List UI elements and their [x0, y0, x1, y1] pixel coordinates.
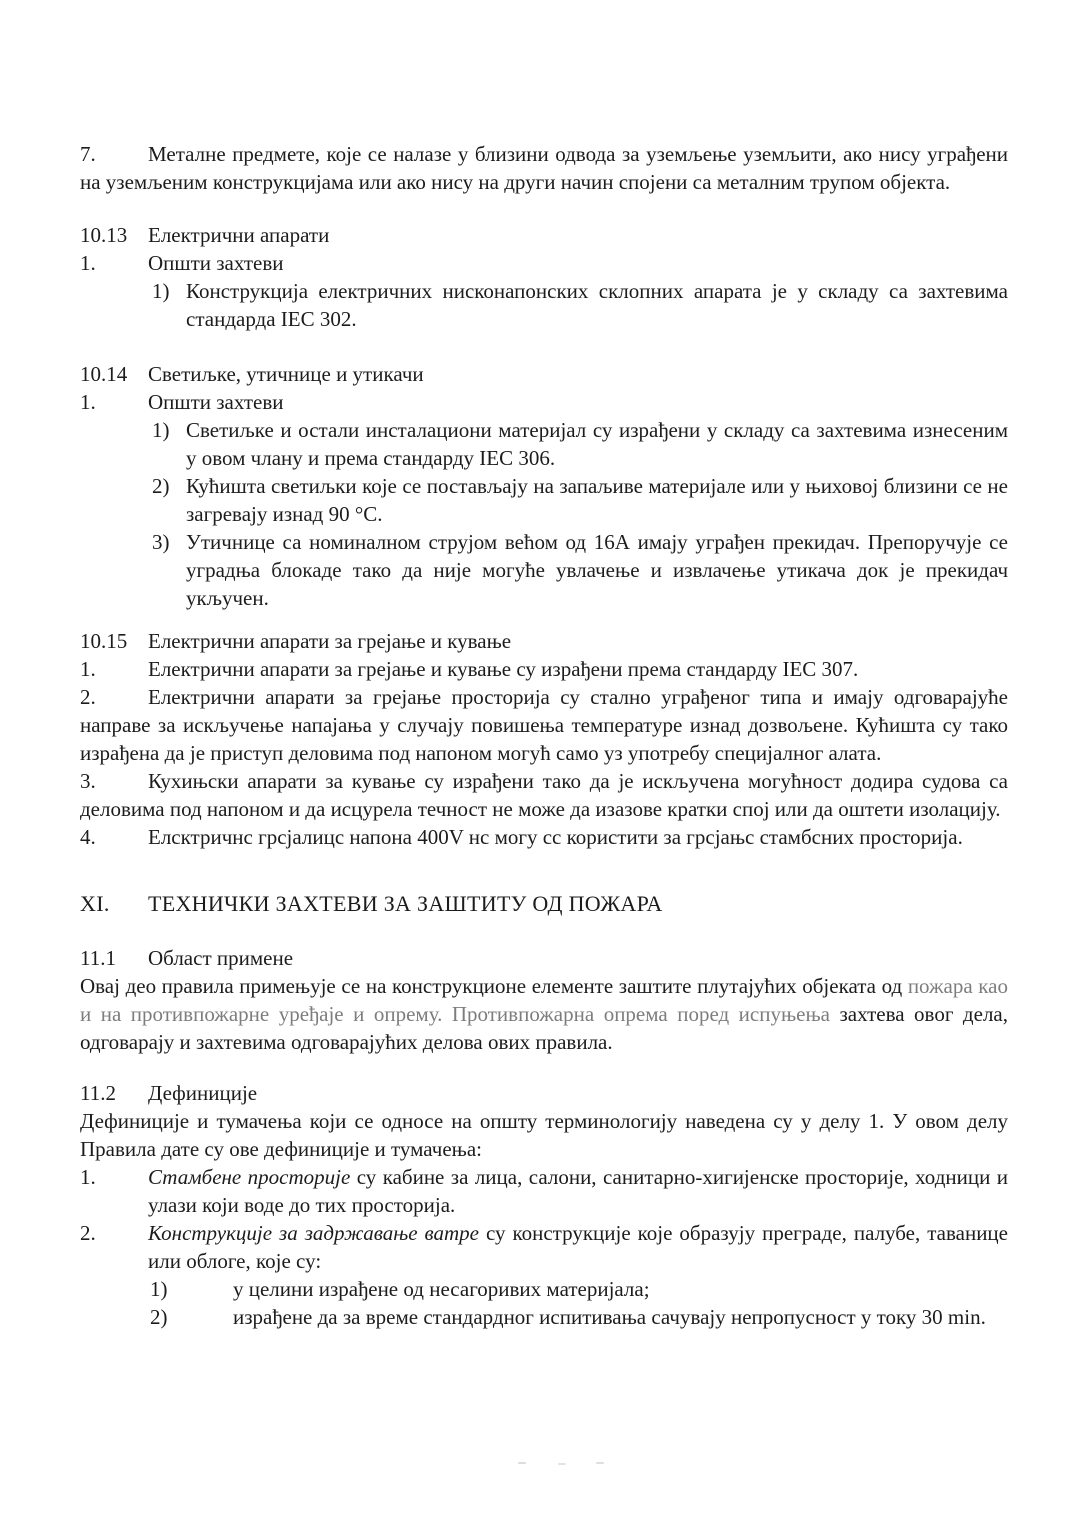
section-11-1-number: 11.1 [80, 944, 148, 972]
definition-term: Конструкције за задржавање ватре [148, 1221, 479, 1245]
section-11-2-title: Дефиниције [148, 1081, 257, 1105]
definition-number: 2. [80, 1219, 148, 1247]
list-item-text: Кућишта светиљки које се постављају на з… [186, 474, 1008, 526]
section-11-1-title: Област примене [148, 946, 293, 970]
section-10-15-heading: 10.15Електрични апарати за грејање и кув… [80, 627, 1008, 655]
sub-list-marker: 2) [150, 1303, 233, 1331]
section-10-15: 10.15Електрични апарати за грејање и кув… [80, 627, 1008, 851]
paragraph-text: Електрични апарати за грејање и кување с… [148, 657, 858, 681]
general-requirements-title: Општи захтеви [148, 390, 284, 414]
numbered-paragraph: 3.Кухињски апарати за кување су израђени… [80, 767, 1008, 823]
chapter-11-title: ТЕХНИЧКИ ЗАХТЕВИ ЗА ЗАШТИТУ ОД ПОЖАРА [148, 891, 663, 916]
general-requirements-title: Општи захтеви [148, 251, 284, 275]
sub-list-item: 2)израђене да за време стандардног испит… [80, 1303, 1008, 1331]
definition-item: 1.Стамбене просторије су кабине за лица,… [80, 1163, 1008, 1219]
general-requirements-number: 1. [80, 249, 148, 277]
list-item: 3)Утичнице са номиналном струјом већом о… [80, 528, 1008, 612]
general-requirements-number: 1. [80, 388, 148, 416]
paragraph-number: 2. [80, 683, 148, 711]
section-10-13-heading: 10.13Електрични апарати [80, 221, 1008, 249]
section-10-13-number: 10.13 [80, 221, 148, 249]
paragraph-number: 4. [80, 823, 148, 851]
paragraph-text: Електрични апарати за грејање просторија… [80, 685, 1008, 765]
section-10-15-title: Електрични апарати за грејање и кување [148, 629, 511, 653]
section-11-1: 11.1Област примене Овај део правила прим… [80, 944, 1008, 1056]
section-10-13-title: Електрични апарати [148, 223, 329, 247]
section-11-2-intro: Дефиниције и тумачења који се односе на … [80, 1107, 1008, 1163]
paragraph-7-text: Металне предмете, које се налазе у близи… [80, 142, 1008, 194]
paragraph-text: Елсктричнс грсјалицс напона 400V нс могу… [148, 825, 963, 849]
paragraph-number: 1. [80, 655, 148, 683]
numbered-paragraph: 1.Електрични апарати за грејање и кување… [80, 655, 1008, 683]
section-10-13-general-heading: 1.Општи захтеви [80, 249, 1008, 277]
chapter-11-heading: XI.ТЕХНИЧКИ ЗАХТЕВИ ЗА ЗАШТИТУ ОД ПОЖАРА [80, 890, 1008, 918]
paragraph-text: Дефиниције и тумачења који се односе на … [80, 1109, 1008, 1161]
list-item: 2)Кућишта светиљки које се постављају на… [80, 472, 1008, 528]
document-page: 7.Металне предмете, које се налазе у бли… [0, 0, 1090, 1530]
chapter-11-number: XI. [80, 890, 148, 918]
sub-list-marker: 1) [150, 1275, 233, 1303]
paragraph-7-number: 7. [80, 140, 148, 168]
list-item-marker: 3) [152, 528, 186, 556]
paragraph-text: Кухињски апарати за кување су израђени т… [80, 769, 1008, 821]
section-10-14-heading: 10.14Светиљке, утичнице и утикачи [80, 360, 1008, 388]
section-10-13: 10.13Електрични апарати 1.Општи захтеви … [80, 221, 1008, 333]
list-item-marker: 1) [152, 277, 186, 305]
sub-list-item: 1)у целини израђене од несагоривих матер… [80, 1275, 1008, 1303]
section-10-15-number: 10.15 [80, 627, 148, 655]
section-10-14-number: 10.14 [80, 360, 148, 388]
section-10-14-general-heading: 1.Општи захтеви [80, 388, 1008, 416]
list-item-text: Светиљке и остали инсталациони материјал… [186, 418, 1008, 470]
definition-item: 2.Конструкције за задржавање ватре су ко… [80, 1219, 1008, 1275]
section-10-14: 10.14Светиљке, утичнице и утикачи 1.Општ… [80, 360, 1008, 612]
list-item-text: Утичнице са номиналном струјом већом од … [186, 530, 1008, 610]
section-11-2: 11.2Дефиниције Дефиниције и тумачења кој… [80, 1079, 1008, 1331]
paragraph-7: 7.Металне предмете, које се налазе у бли… [80, 140, 1008, 196]
list-item-marker: 1) [152, 416, 186, 444]
definition-term: Стамбене просторије [148, 1165, 350, 1189]
paragraph-text: Овај део правила примењује се на констру… [80, 974, 908, 998]
list-item-marker: 2) [152, 472, 186, 500]
sub-list-text: израђене да за време стандардног испитив… [233, 1305, 986, 1329]
section-11-1-paragraph: Овај део правила примењује се на констру… [80, 972, 1008, 1056]
section-11-1-heading: 11.1Област примене [80, 944, 1008, 972]
scan-smudge-artifact [518, 1462, 526, 1464]
section-11-2-heading: 11.2Дефиниције [80, 1079, 1008, 1107]
list-item: 1)Светиљке и остали инсталациони материј… [80, 416, 1008, 472]
section-11-2-number: 11.2 [80, 1079, 148, 1107]
sub-list-text: у целини израђене од несагоривих материј… [233, 1277, 650, 1301]
numbered-paragraph: 2.Електрични апарати за грејање простори… [80, 683, 1008, 767]
numbered-paragraph-degraded: 4.Елсктричнс грсјалицс напона 400V нс мо… [80, 823, 1008, 851]
list-item: 1)Конструкција електричних нисконапонски… [80, 277, 1008, 333]
definition-number: 1. [80, 1163, 148, 1191]
list-item-text: Конструкција електричних нисконапонских … [186, 279, 1008, 331]
section-10-14-title: Светиљке, утичнице и утикачи [148, 362, 424, 386]
paragraph-number: 3. [80, 767, 148, 795]
